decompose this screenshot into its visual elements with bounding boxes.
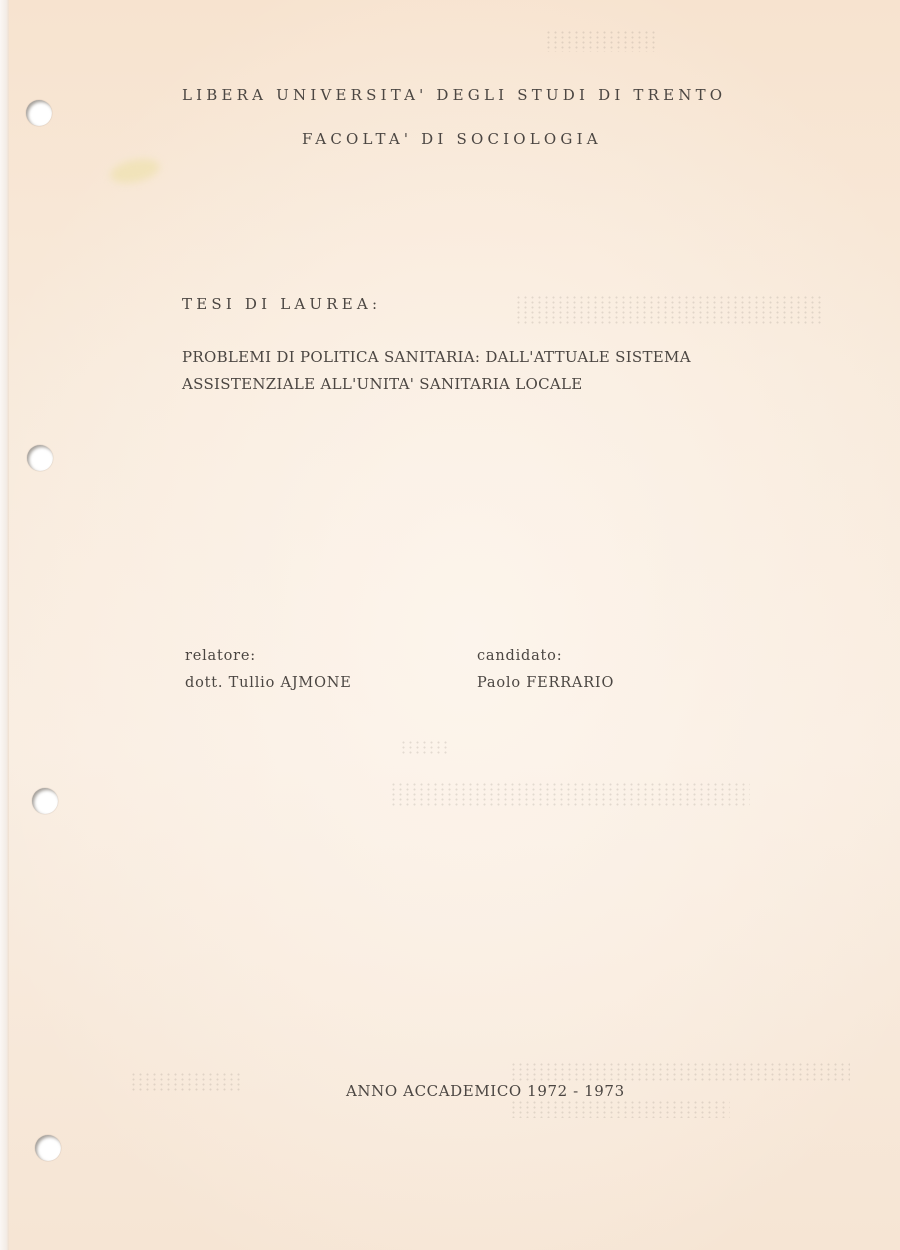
thesis-title-line-1: PROBLEMI DI POLITICA SANITARIA: DALL'ATT… — [182, 348, 691, 366]
supervisor-label: relatore: — [185, 648, 256, 664]
punch-hole — [27, 445, 53, 471]
faculty-name: FACOLTA' DI SOCIOLOGIA — [302, 130, 602, 148]
scan-speckle — [390, 782, 750, 808]
punch-hole — [32, 788, 58, 814]
candidate-name: Paolo FERRARIO — [477, 675, 614, 691]
scan-speckle — [545, 30, 655, 52]
scan-speckle — [510, 1062, 850, 1082]
punch-hole — [26, 100, 52, 126]
thesis-title-line-2: ASSISTENZIALE ALL'UNITA' SANITARIA LOCAL… — [182, 375, 583, 393]
paper-left-edge — [0, 0, 9, 1250]
academic-year: ANNO ACCADEMICO 1972 - 1973 — [346, 1082, 625, 1100]
candidate-label: candidato: — [477, 648, 562, 664]
scan-speckle — [510, 1100, 730, 1118]
university-name: LIBERA UNIVERSITA' DEGLI STUDI DI TRENTO — [182, 86, 726, 104]
supervisor-name: dott. Tullio AJMONE — [185, 675, 352, 691]
scan-speckle — [400, 740, 450, 754]
thesis-label: TESI DI LAUREA: — [182, 295, 381, 313]
punch-hole — [35, 1135, 61, 1161]
scan-speckle — [515, 295, 825, 325]
scan-speckle — [130, 1072, 240, 1092]
